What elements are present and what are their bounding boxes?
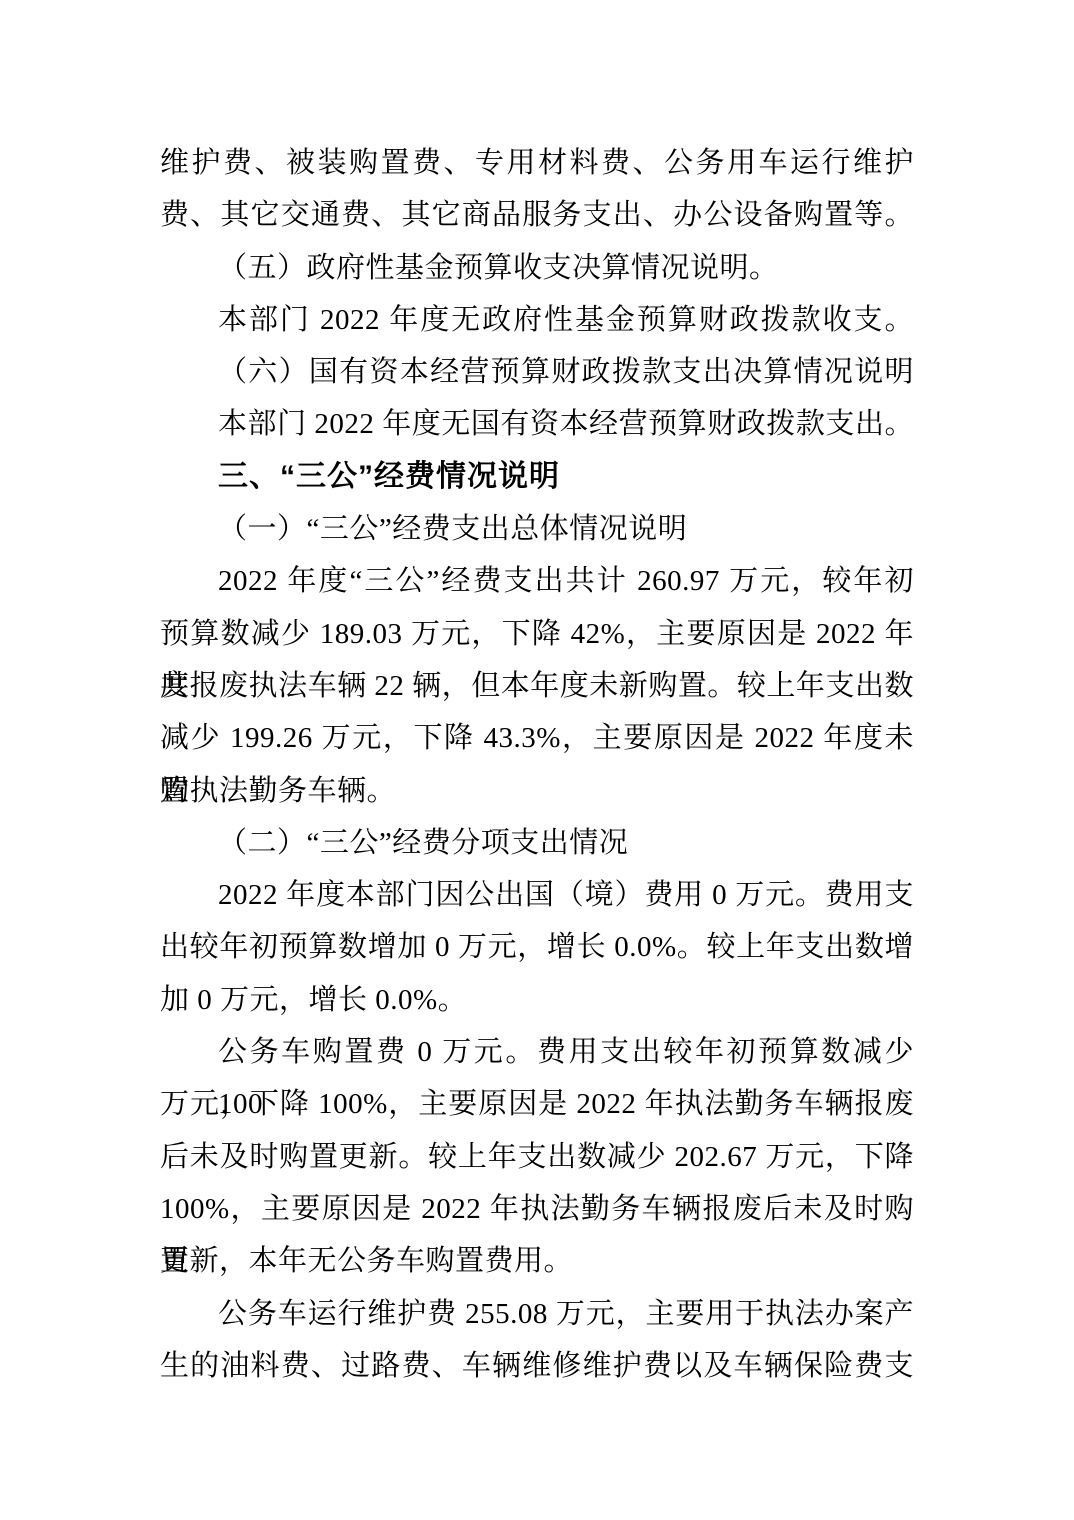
text-line: 公务车购置费 0 万元。费用支出较年初预算数减少 100 — [160, 1026, 914, 1078]
text-line: 后未及时购置更新。较上年支出数减少 202.67 万元，下降 — [160, 1131, 914, 1183]
text-line: 公务车运行维护费 255.08 万元，主要用于执法办案产 — [160, 1288, 914, 1340]
text-line: 2022 年度“三公”经费支出共计 260.97 万元，较年初 — [160, 555, 914, 607]
text-line: 减少 199.26 万元，下降 43.3%，主要原因是 2022 年度未购 — [160, 712, 914, 764]
text-line: 万元，下降 100%，主要原因是 2022 年执法勤务车辆报废 — [160, 1078, 914, 1130]
text-line: 出较年初预算数增加 0 万元，增长 0.0%。较上年支出数增 — [160, 921, 914, 973]
document-page: 维护费、被装购置费、专用材料费、公务用车运行维护 费、其它交通费、其它商品服务支… — [160, 137, 914, 1392]
text-line: 费、其它交通费、其它商品服务支出、办公设备购置等。 — [160, 189, 914, 241]
subheading-sangong-overall: （一）“三公”经费支出总体情况说明 — [160, 503, 914, 555]
text-line: 置执法勤务车辆。 — [160, 765, 914, 817]
text-line: 加 0 万元，增长 0.0%。 — [160, 974, 914, 1026]
text-line: 本部门 2022 年度无政府性基金预算财政拨款收支。 — [160, 294, 914, 346]
text-line: 本部门 2022 年度无国有资本经营预算财政拨款支出。 — [160, 398, 914, 450]
text-line: 共报废执法车辆 22 辆，但本年度未新购置。较上年支出数 — [160, 660, 914, 712]
subheading-state-capital: （六）国有资本经营预算财政拨款支出决算情况说明 — [160, 346, 914, 398]
text-line: 生的油料费、过路费、车辆维修维护费以及车辆保险费支 — [160, 1340, 914, 1392]
heading-sangong-expenses: 三、“三公”经费情况说明 — [160, 451, 914, 503]
text-line: 预算数减少 189.03 万元，下降 42%，主要原因是 2022 年度 — [160, 608, 914, 660]
subheading-gov-fund: （五）政府性基金预算收支决算情况说明。 — [160, 242, 914, 294]
text-line: 维护费、被装购置费、专用材料费、公务用车运行维护 — [160, 137, 914, 189]
text-line: 100%，主要原因是 2022 年执法勤务车辆报废后未及时购置 — [160, 1183, 914, 1235]
text-line: 更新，本年无公务车购置费用。 — [160, 1235, 914, 1287]
text-line: 2022 年度本部门因公出国（境）费用 0 万元。费用支 — [160, 869, 914, 921]
subheading-sangong-items: （二）“三公”经费分项支出情况 — [160, 817, 914, 869]
